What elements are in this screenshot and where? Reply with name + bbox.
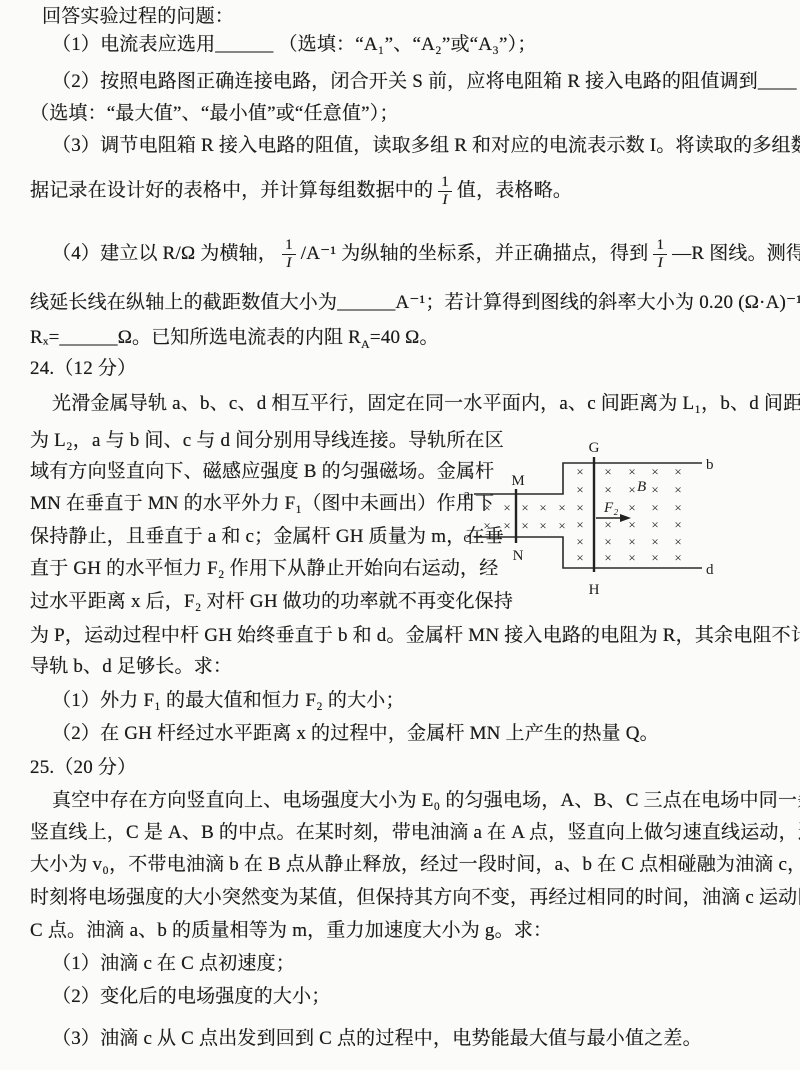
svg-text:×: × bbox=[503, 500, 510, 515]
svg-text:×: × bbox=[539, 518, 546, 533]
svg-text:×: × bbox=[651, 550, 658, 565]
figure-problem24-rails-magnetic-field: ××××× ××××× ××××× ××××× ×××× ××××× ×××××… bbox=[453, 432, 715, 600]
svg-text:×: × bbox=[674, 482, 681, 497]
label-rail-d: d bbox=[706, 562, 714, 578]
svg-text:×: × bbox=[651, 482, 658, 497]
svg-text:×: × bbox=[576, 482, 583, 497]
fraction-numerator: 1 bbox=[653, 237, 667, 255]
svg-text:×: × bbox=[651, 517, 658, 532]
svg-text:×: × bbox=[628, 550, 635, 565]
label-N: N bbox=[513, 548, 524, 564]
svg-text:×: × bbox=[503, 518, 510, 533]
p24-line3: 域有方向竖直向下、磁感应强度 B 的匀强磁场。金属杆 bbox=[30, 460, 494, 483]
p24-line4: MN 在垂直于 MN 的水平外力 F₁（图中未画出）作用下 bbox=[30, 492, 494, 515]
svg-text:×: × bbox=[674, 550, 681, 565]
svg-text:×: × bbox=[521, 500, 528, 515]
svg-text:×: × bbox=[651, 534, 658, 549]
p24-line7: 过水平距离 x 后，F₂ 对杆 GH 做功的功率就不再变化保持 bbox=[30, 590, 513, 613]
svg-text:×: × bbox=[674, 534, 681, 549]
svg-text:×: × bbox=[674, 517, 681, 532]
p25-line2: 竖直线上，C 是 A、B 的中点。在某时刻，带电油滴 a 在 A 点，竖直向上做… bbox=[30, 821, 800, 844]
exp-q2-line2: （选填：“最大值”、“最小值”或“任意值”）； bbox=[30, 102, 399, 125]
svg-text:×: × bbox=[674, 464, 681, 479]
svg-text:×: × bbox=[576, 464, 583, 479]
exp-intro-line: 回答实验过程的问题： bbox=[42, 5, 234, 28]
fraction-1-over-I: 1I bbox=[282, 237, 296, 272]
exam-paper-page: 回答实验过程的问题： （1）电流表应选用______ （选填：“A₁”、“A₂”… bbox=[0, 0, 800, 1070]
label-B-field: B bbox=[637, 479, 646, 495]
svg-text:×: × bbox=[628, 534, 635, 549]
svg-text:×: × bbox=[604, 517, 611, 532]
p25-line4: 时刻将电场强度的大小突然变为某值，但保持其方向不变，再经过相同的时间，油滴 c … bbox=[30, 886, 800, 909]
exp-q4-line1-mid: /A⁻¹ 为纵轴的坐标系，并正确描点，得到 bbox=[301, 242, 649, 265]
svg-text:×: × bbox=[558, 500, 565, 515]
fraction-denominator: I bbox=[286, 255, 291, 272]
p24-line5: 保持静止，且垂直于 a 和 c；金属杆 GH 质量为 m，在垂 bbox=[30, 525, 504, 548]
svg-text:×: × bbox=[604, 482, 611, 497]
svg-text:×: × bbox=[628, 482, 635, 497]
fraction-numerator: 1 bbox=[438, 174, 452, 192]
problem25-header: 25.（20 分） bbox=[30, 756, 136, 779]
exp-q3-line2: 据记录在设计好的表格中，并计算每组数据中的1I值，表格略。 bbox=[30, 170, 572, 212]
exp-q4-line2: 线延长线在纵轴上的截距数值大小为______A⁻¹；若计算得到图线的斜率大小为 … bbox=[30, 291, 800, 314]
svg-text:×: × bbox=[628, 517, 635, 532]
label-M: M bbox=[511, 473, 524, 489]
fraction-1-over-I: 1I bbox=[653, 237, 667, 272]
label-G: G bbox=[589, 440, 600, 456]
svg-text:×: × bbox=[628, 500, 635, 515]
p24-q1-line: （1）外力 F₁ 的最大值和恒力 F₂ 的大小； bbox=[52, 689, 405, 712]
p25-q3-line: （3）油滴 c 从 C 点出发到回到 C 点的过程中，电势能最大值与最小值之差。 bbox=[52, 1027, 702, 1050]
svg-text:×: × bbox=[674, 500, 681, 515]
exp-q3-line2-pre: 据记录在设计好的表格中，并计算每组数据中的 bbox=[30, 179, 433, 202]
svg-text:×: × bbox=[539, 500, 546, 515]
svg-text:×: × bbox=[576, 500, 583, 515]
p25-q1-line: （1）油滴 c 在 C 点初速度； bbox=[52, 952, 295, 975]
exp-q1-line: （1）电流表应选用______ （选填：“A₁”、“A₂”或“A₃”）； bbox=[52, 33, 537, 56]
problem24-header: 24.（12 分） bbox=[30, 357, 136, 380]
p25-line1: 真空中存在方向竖直向上、电场强度大小为 E₀ 的匀强电场，A、B、C 三点在电场… bbox=[52, 789, 800, 812]
exp-q4-line1: （4）建立以 R/Ω 为横轴，1I/A⁻¹ 为纵轴的坐标系，并正确描点，得到1I… bbox=[52, 231, 800, 277]
p24-q2-line: （2）在 GH 杆经过水平距离 x 的过程中，金属杆 MN 上产生的热量 Q。 bbox=[52, 722, 659, 745]
exp-q3-line2-post: 值，表格略。 bbox=[457, 179, 572, 202]
svg-text:×: × bbox=[604, 534, 611, 549]
label-rail-b: b bbox=[706, 457, 714, 473]
label-rail-c: c bbox=[463, 530, 470, 546]
exp-q4-line3-post: =40 Ω。 bbox=[370, 327, 439, 348]
p24-line6: 直于 GH 的水平恒力 F₂ 作用下从静止开始向右运动，经 bbox=[30, 557, 498, 580]
p25-line3: 大小为 v₀，不带电油滴 b 在 B 点从静止释放，经过一段时间，a、b 在 C… bbox=[30, 853, 800, 876]
fraction-denominator: I bbox=[442, 192, 447, 209]
exp-q4-line1-pre: （4）建立以 R/Ω 为横轴， bbox=[52, 242, 277, 265]
label-H: H bbox=[589, 582, 600, 598]
fraction-denominator: I bbox=[658, 255, 663, 272]
p25-q2-line: （2）变化后的电场强度的大小； bbox=[52, 985, 331, 1008]
fraction-1-over-I: 1I bbox=[438, 174, 452, 209]
rail-lines bbox=[474, 463, 702, 568]
exp-q2-line1: （2）按照电路图正确连接电路，闭合开关 S 前，应将电阻箱 R 接入电路的阻值调… bbox=[52, 70, 797, 93]
svg-text:×: × bbox=[576, 517, 583, 532]
fraction-numerator: 1 bbox=[282, 237, 296, 255]
svg-text:×: × bbox=[576, 550, 583, 565]
p24-line8: 为 P，运动过程中杆 GH 始终垂直于 b 和 d。金属杆 MN 接入电路的电阻… bbox=[30, 624, 800, 647]
svg-text:×: × bbox=[576, 534, 583, 549]
label-rail-a: a bbox=[463, 487, 470, 503]
svg-text:×: × bbox=[651, 500, 658, 515]
subscript-A: A bbox=[361, 337, 370, 351]
svg-text:×: × bbox=[483, 500, 490, 515]
svg-text:×: × bbox=[604, 550, 611, 565]
exp-q4-line3: Rₓ=______Ω。已知所选电流表的内阻 RA=40 Ω。 bbox=[30, 326, 439, 349]
label-F2-force: F₂ bbox=[603, 500, 618, 516]
p24-line9: 导轨 b、d 足够长。求： bbox=[30, 655, 232, 678]
p25-line5: C 点。油滴 a、b 的质量相等为 m，重力加速度大小为 g。求： bbox=[30, 919, 552, 942]
svg-text:×: × bbox=[628, 464, 635, 479]
svg-text:×: × bbox=[521, 518, 528, 533]
exp-q4-line1-post: —R 图线。测得图 bbox=[672, 242, 800, 265]
exp-q4-line3-pre: Rₓ=______Ω。已知所选电流表的内阻 R bbox=[30, 327, 361, 348]
exp-q3-line1: （3）调节电阻箱 R 接入电路的阻值，读取多组 R 和对应的电流表示数 I。将读… bbox=[52, 134, 800, 157]
svg-text:×: × bbox=[483, 518, 490, 533]
p24-line2: 为 L₂，a 与 b 间、c 与 d 间分别用导线连接。导轨所在区 bbox=[30, 429, 504, 452]
svg-text:×: × bbox=[558, 518, 565, 533]
svg-text:×: × bbox=[604, 464, 611, 479]
svg-text:×: × bbox=[651, 464, 658, 479]
p24-line1: 光滑金属导轨 a、b、c、d 相互平行，固定在同一水平面内，a、c 间距离为 L… bbox=[52, 392, 800, 415]
